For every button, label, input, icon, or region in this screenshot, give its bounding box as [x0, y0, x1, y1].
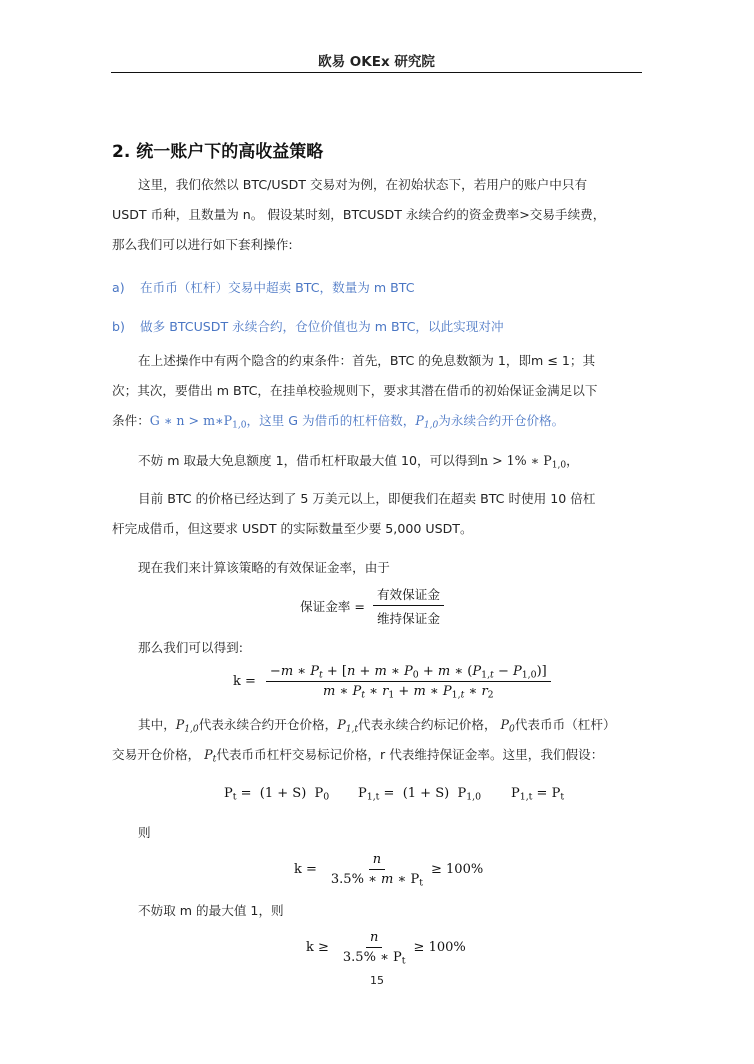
constraints-line-2: 次；其次，要借出 m BTC，在挂单校验规则下，要求其潜在借币的初始保证金满足以… — [112, 376, 642, 406]
constraints-mid: ，这里 G 为借币的杠杆倍数， — [246, 413, 415, 428]
formula: Pt = (1 + S) P0 — [224, 786, 329, 801]
symbol-subscript: 1,0 — [424, 420, 438, 430]
margin-ratio-formula: 保证金率 = 有效保证金 维持保证金 — [300, 584, 448, 627]
intro-line-3: 那么我们可以进行如下套利操作: — [112, 230, 642, 260]
section-title-text: 统一账户下的高收益策略 — [136, 142, 323, 162]
p10-symbol: P1,0 — [415, 413, 438, 428]
section-title: 2. 统一账户下的高收益策略 — [112, 137, 323, 162]
fraction: n 3.5% ∗ m ∗ Pt — [327, 852, 427, 887]
price-line-2: 杆完成借币，但这要求 USDT 的实际数量至少要 5,000 USDT。 — [112, 514, 642, 544]
we-get-text: 那么我们可以得到: — [112, 633, 642, 663]
text: 代表永续合约开仓价格， — [199, 717, 338, 732]
fraction: 有效保证金 维持保证金 — [373, 584, 444, 627]
constraints-line-1: 在上述操作中有两个隐含的约束条件：首先，BTC 的免息数额为 1，即m ≤ 1；… — [112, 346, 642, 376]
intro-paragraph: 这里，我们依然以 BTC/USDT 交易对为例，在初始状态下，若用户的账户中只有… — [112, 170, 642, 260]
definitions-paragraph: 其中，P1,0代表永续合约开仓价格，P1,t代表永续合约标记价格， P0代表币币… — [112, 710, 642, 770]
assumption-formula-3: P1,t = Pt — [511, 786, 564, 801]
list-marker: b) — [112, 319, 140, 334]
assumption-formula-2: P1,t = (1 + S) P1,0 — [358, 786, 481, 801]
list-item-a: a)在币币（杠杆）交易中超卖 BTC，数量为 m BTC — [112, 277, 415, 296]
text: 交易开仓价格， — [112, 747, 200, 762]
leverage-condition-formula: G ∗ n > m∗P1,0 — [150, 413, 247, 428]
p10-symbol: P1,0 — [176, 717, 199, 732]
formula-lhs: 保证金率 = — [300, 596, 365, 615]
symbol-text: P — [415, 413, 423, 428]
formula-text: n > 1% ∗ P — [480, 453, 552, 468]
price-line-1: 目前 BTC 的价格已经达到了 5 万美元以上，即便我们在超卖 BTC 时使用 … — [112, 484, 642, 514]
denominator: m ∗ Pt ∗ r1 + m ∗ P1,t ∗ r2 — [319, 682, 498, 699]
formula-text: G ∗ n > m∗P — [150, 413, 232, 428]
constraints-line-3: 条件：G ∗ n > m∗P1,0，这里 G 为借币的杠杆倍数，P1,0为永续合… — [112, 406, 642, 436]
page-header: 欧易 OKEx 研究院 — [111, 50, 642, 70]
formula-lhs: k = — [294, 862, 317, 877]
k-final-formula: k ≥ n 3.5% ∗ Pt ≥ 100% — [306, 930, 466, 965]
numerator: n — [369, 852, 385, 870]
assume-formula: n > 1% ∗ P1,0 — [480, 453, 566, 468]
definitions-line-2: 交易开仓价格， Pt代表币币杠杆交易标记价格，r 代表维持保证金率。这里，我们假… — [112, 740, 642, 770]
take-max-text: 不妨取 m 的最大值 1，则 — [112, 896, 642, 926]
intro-line-2: USDT 币种，且数量为 n。 假设某时刻，BTCUSDT 永续合约的资金费率>… — [112, 200, 642, 230]
intro-line-1: 这里，我们依然以 BTC/USDT 交易对为例，在初始状态下，若用户的账户中只有 — [112, 170, 642, 200]
constraints-prefix: 条件： — [112, 413, 150, 428]
assume-suffix: ， — [566, 453, 579, 468]
formula-lhs: k ≥ — [306, 940, 329, 955]
header-divider — [111, 72, 642, 73]
text: 代表币币（杠杆） — [515, 717, 616, 732]
section-number: 2. — [112, 142, 130, 162]
page-number: 15 — [0, 974, 754, 987]
assume-prefix: 不妨 m 取最大免息额度 1，借币杠杆取最大值 10，可以得到 — [138, 453, 480, 468]
list-item-b: b)做多 BTCUSDT 永续合约，仓位价值也为 m BTC，以此实现对冲 — [112, 316, 504, 335]
numerator: 有效保证金 — [373, 584, 444, 606]
text: 代表永续合约标记价格， — [358, 717, 497, 732]
assumption-formula-1: Pt = (1 + S) P0 — [224, 786, 329, 801]
k-full-formula: k = −m ∗ Pt + [n + m ∗ P0 + m ∗ (P1,t − … — [233, 664, 555, 699]
fraction: −m ∗ Pt + [n + m ∗ P0 + m ∗ (P1,t − P1,0… — [266, 664, 551, 699]
formula-subscript: 1,0 — [232, 420, 246, 430]
list-marker: a) — [112, 280, 140, 295]
formula: P1,t = (1 + S) P1,0 — [358, 786, 481, 801]
fraction: n 3.5% ∗ Pt — [339, 930, 410, 965]
price-paragraph: 目前 BTC 的价格已经达到了 5 万美元以上，即便我们在超卖 BTC 时使用 … — [112, 484, 642, 544]
denominator: 3.5% ∗ m ∗ Pt — [327, 870, 427, 887]
calc-intro: 现在我们来计算该策略的有效保证金率，由于 — [112, 553, 642, 583]
pt-symbol: Pt — [204, 747, 216, 762]
formula-lhs: k = — [233, 674, 256, 689]
formula-rhs: ≥ 100% — [414, 940, 466, 955]
constraints-suffix: 为永续合约开仓价格。 — [438, 413, 564, 428]
definitions-line-1: 其中，P1,0代表永续合约开仓价格，P1,t代表永续合约标记价格， P0代表币币… — [112, 710, 642, 740]
then-text: 则 — [112, 818, 642, 848]
formula-subscript: 1,0 — [552, 460, 566, 470]
denominator: 3.5% ∗ Pt — [339, 948, 410, 965]
k-simplified-formula: k = n 3.5% ∗ m ∗ Pt ≥ 100% — [294, 852, 483, 887]
formula-rhs: ≥ 100% — [431, 862, 483, 877]
list-text: 做多 BTCUSDT 永续合约，仓位价值也为 m BTC，以此实现对冲 — [140, 319, 504, 334]
constraints-paragraph: 在上述操作中有两个隐含的约束条件：首先，BTC 的免息数额为 1，即m ≤ 1；… — [112, 346, 642, 436]
text: 其中， — [138, 717, 176, 732]
formula: P1,t = Pt — [511, 786, 564, 801]
denominator: 维持保证金 — [373, 606, 444, 627]
p1t-symbol: P1,t — [337, 717, 358, 732]
text: 代表币币杠杆交易标记价格，r 代表维持保证金率。这里，我们假设： — [216, 747, 603, 762]
numerator: −m ∗ Pt + [n + m ∗ P0 + m ∗ (P1,t − P1,0… — [266, 664, 551, 682]
p0-symbol: P0 — [501, 717, 515, 732]
numerator: n — [366, 930, 382, 948]
assumption-paragraph: 不妨 m 取最大免息额度 1，借币杠杆取最大值 10，可以得到n > 1% ∗ … — [112, 446, 642, 476]
document-page: 欧易 OKEx 研究院 2. 统一账户下的高收益策略 这里，我们依然以 BTC/… — [0, 0, 754, 1064]
list-text: 在币币（杠杆）交易中超卖 BTC，数量为 m BTC — [140, 280, 415, 295]
